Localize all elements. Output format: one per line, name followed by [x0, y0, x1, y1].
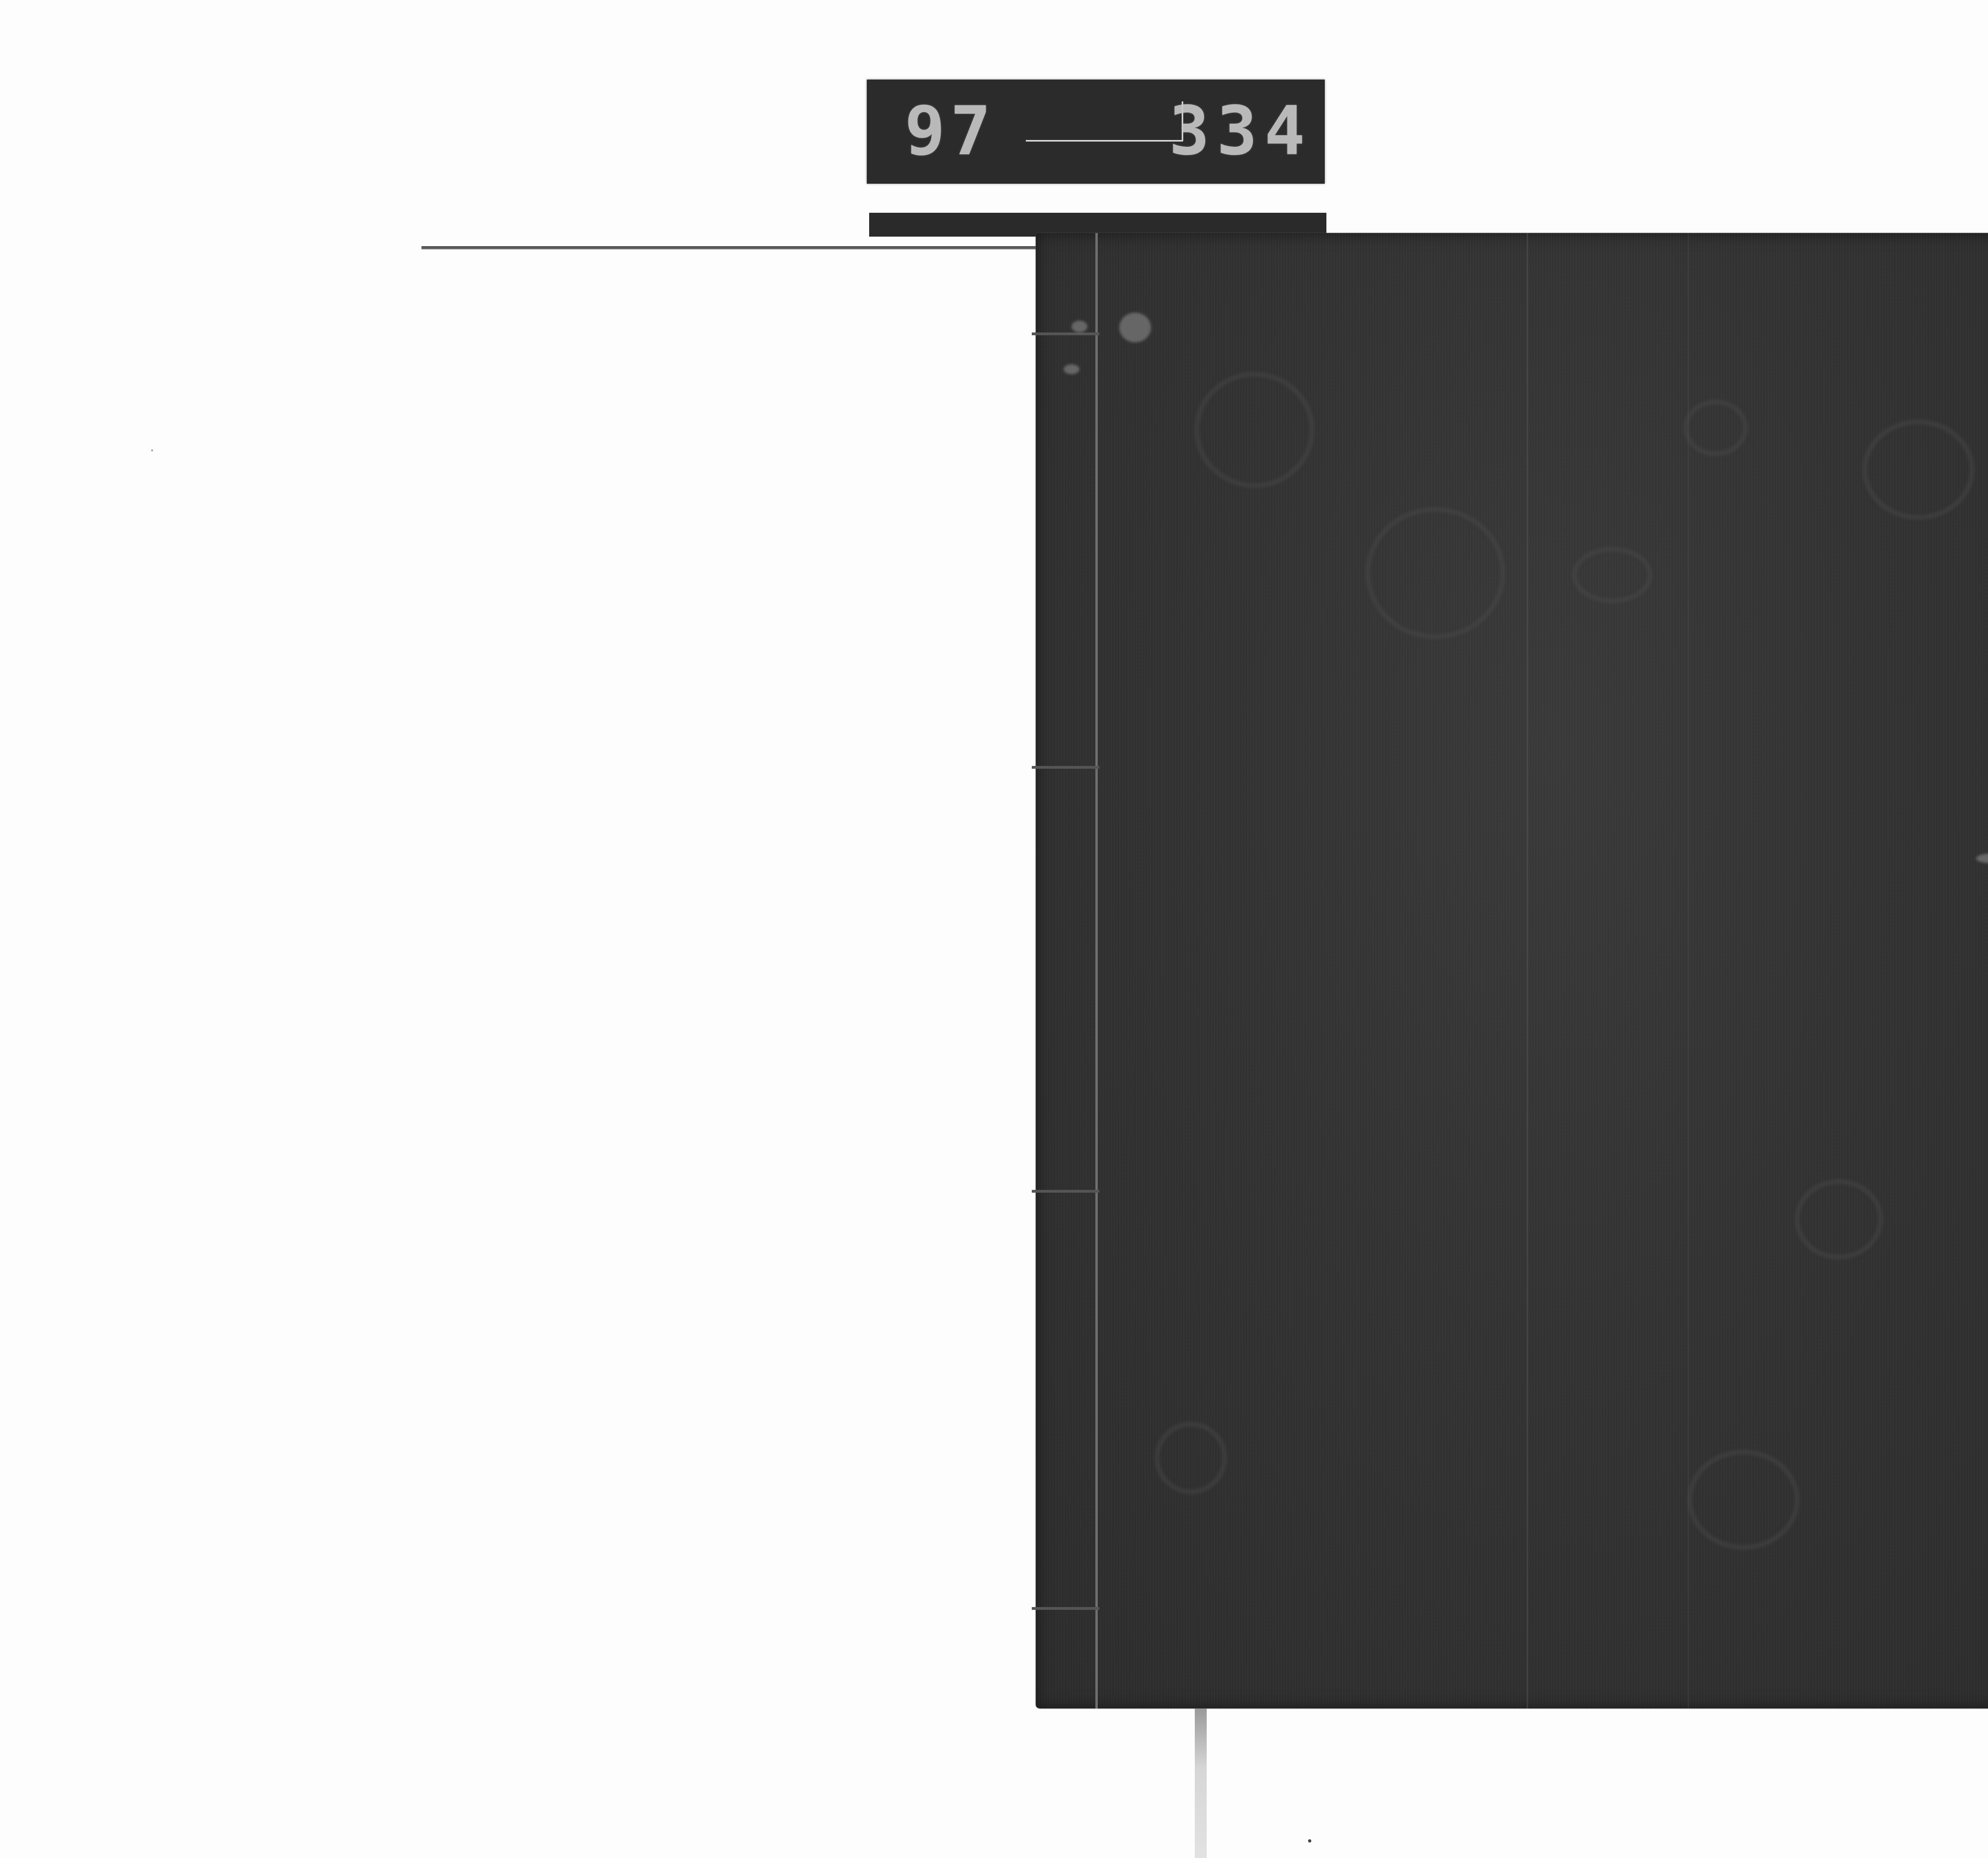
counter-digit: 7	[950, 95, 986, 167]
cover-stain	[1064, 364, 1079, 374]
counter-digit: 3	[1217, 95, 1252, 167]
horizon-line-left	[421, 246, 1042, 249]
spine-stitch-line	[1095, 233, 1098, 1708]
binding-stitch	[1032, 1190, 1099, 1193]
binding-stitch	[1032, 1607, 1099, 1610]
counter-digit: 4	[1264, 95, 1300, 167]
cover-crease	[1527, 233, 1528, 1708]
counter-digit: 9	[905, 95, 940, 167]
counter-digit: 3	[1169, 95, 1205, 167]
frame-counter: 9 7 3 3 4	[867, 80, 1325, 184]
cover-crease	[1688, 233, 1689, 1708]
cover-ring-mark	[1195, 372, 1314, 488]
speck	[151, 449, 153, 451]
speck	[1308, 1839, 1311, 1842]
cover-ring-mark	[1863, 420, 1974, 519]
cover-ring-mark	[1795, 1180, 1883, 1259]
cover-stain	[1976, 853, 1988, 863]
cover-ring-mark	[1573, 547, 1652, 603]
binding-stitch	[1032, 332, 1099, 335]
cover-ring-mark	[1155, 1422, 1227, 1494]
book-cover	[1036, 233, 1988, 1708]
cover-ring-mark	[1684, 400, 1747, 456]
cover-ring-mark	[1366, 507, 1505, 639]
binding-stitch	[1032, 766, 1099, 769]
counter-separator-line	[1026, 140, 1183, 142]
cover-stain	[1072, 321, 1087, 332]
cover-stain	[1119, 313, 1151, 342]
cover-ring-mark	[1688, 1450, 1799, 1549]
bookmark-ribbon	[1195, 1708, 1207, 1858]
